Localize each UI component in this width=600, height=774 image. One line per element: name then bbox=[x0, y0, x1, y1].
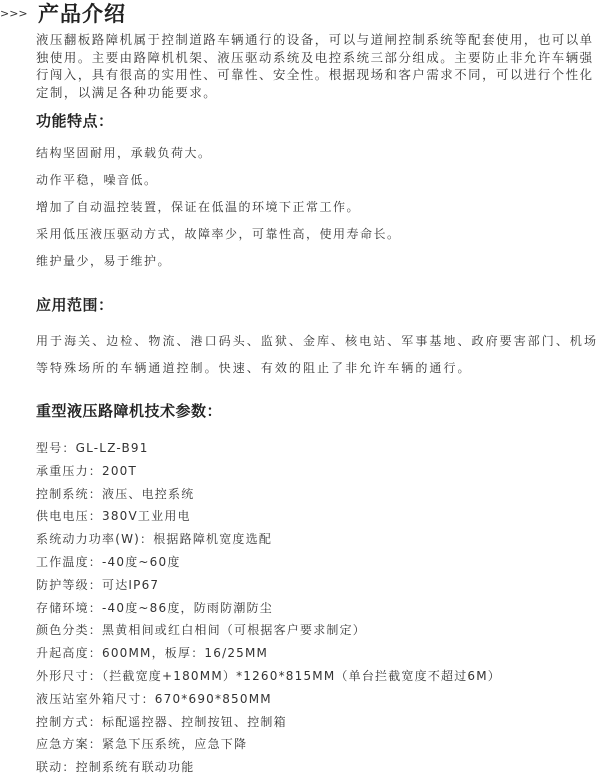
spec-item: 控制方式：标配遥控器、控制按钮、控制箱 bbox=[36, 714, 501, 737]
spec-item: 控制系统：液压、电控系统 bbox=[36, 486, 501, 509]
spec-item: 存储环境：-40度~86度，防雨防潮防尘 bbox=[36, 600, 501, 623]
page-header: >>> 产品介绍 bbox=[0, 0, 126, 26]
list-item: 维护量少，易于维护。 bbox=[36, 253, 401, 280]
features-heading: 功能特点： bbox=[36, 110, 114, 131]
spec-list: 型号：GL-LZ-B91 承重压力：200T 控制系统：液压、电控系统 供电电压… bbox=[36, 440, 501, 774]
spec-item: 升起高度：600MM，板厚：16/25MM bbox=[36, 645, 501, 668]
spec-item: 工作温度：-40度~60度 bbox=[36, 554, 501, 577]
list-item: 增加了自动温控装置，保证在低温的环境下正常工作。 bbox=[36, 199, 401, 226]
spec-item: 供电电压：380V工业用电 bbox=[36, 508, 501, 531]
arrows-icon: >>> bbox=[0, 7, 38, 20]
spec-item: 联动：控制系统有联动功能 bbox=[36, 759, 501, 774]
scope-paragraph: 用于海关、边检、物流、港口码头、监狱、金库、核电站、军事基地、政府要害部门、机场… bbox=[36, 328, 600, 382]
spec-item: 系统动力功率(W)：根据路障机宽度选配 bbox=[36, 531, 501, 554]
spec-item: 应急方案：紧急下压系统，应急下降 bbox=[36, 736, 501, 759]
spec-item: 防护等级：可达IP67 bbox=[36, 577, 501, 600]
feature-list: 结构坚固耐用，承载负荷大。 动作平稳，噪音低。 增加了自动温控装置，保证在低温的… bbox=[36, 145, 401, 280]
specs-heading: 重型液压路障机技术参数： bbox=[36, 400, 222, 421]
list-item: 结构坚固耐用，承载负荷大。 bbox=[36, 145, 401, 172]
list-item: 动作平稳，噪音低。 bbox=[36, 172, 401, 199]
page-title: 产品介绍 bbox=[38, 0, 126, 28]
intro-paragraph: 液压翻板路障机属于控制道路车辆通行的设备，可以与道闸控制系统等配套使用，也可以单… bbox=[36, 31, 600, 101]
spec-item: 型号：GL-LZ-B91 bbox=[36, 440, 501, 463]
spec-item: 液压站室外箱尺寸：670*690*850MM bbox=[36, 691, 501, 714]
spec-item: 外形尺寸：（拦截宽度+180MM）*1260*815MM（单台拦截宽度不超过6M… bbox=[36, 668, 501, 691]
spec-item: 颜色分类：黑黄相间或红白相间（可根据客户要求制定） bbox=[36, 622, 501, 645]
scope-heading: 应用范围： bbox=[36, 294, 114, 315]
list-item: 采用低压液压驱动方式，故障率少，可靠性高，使用寿命长。 bbox=[36, 226, 401, 253]
spec-item: 承重压力：200T bbox=[36, 463, 501, 486]
